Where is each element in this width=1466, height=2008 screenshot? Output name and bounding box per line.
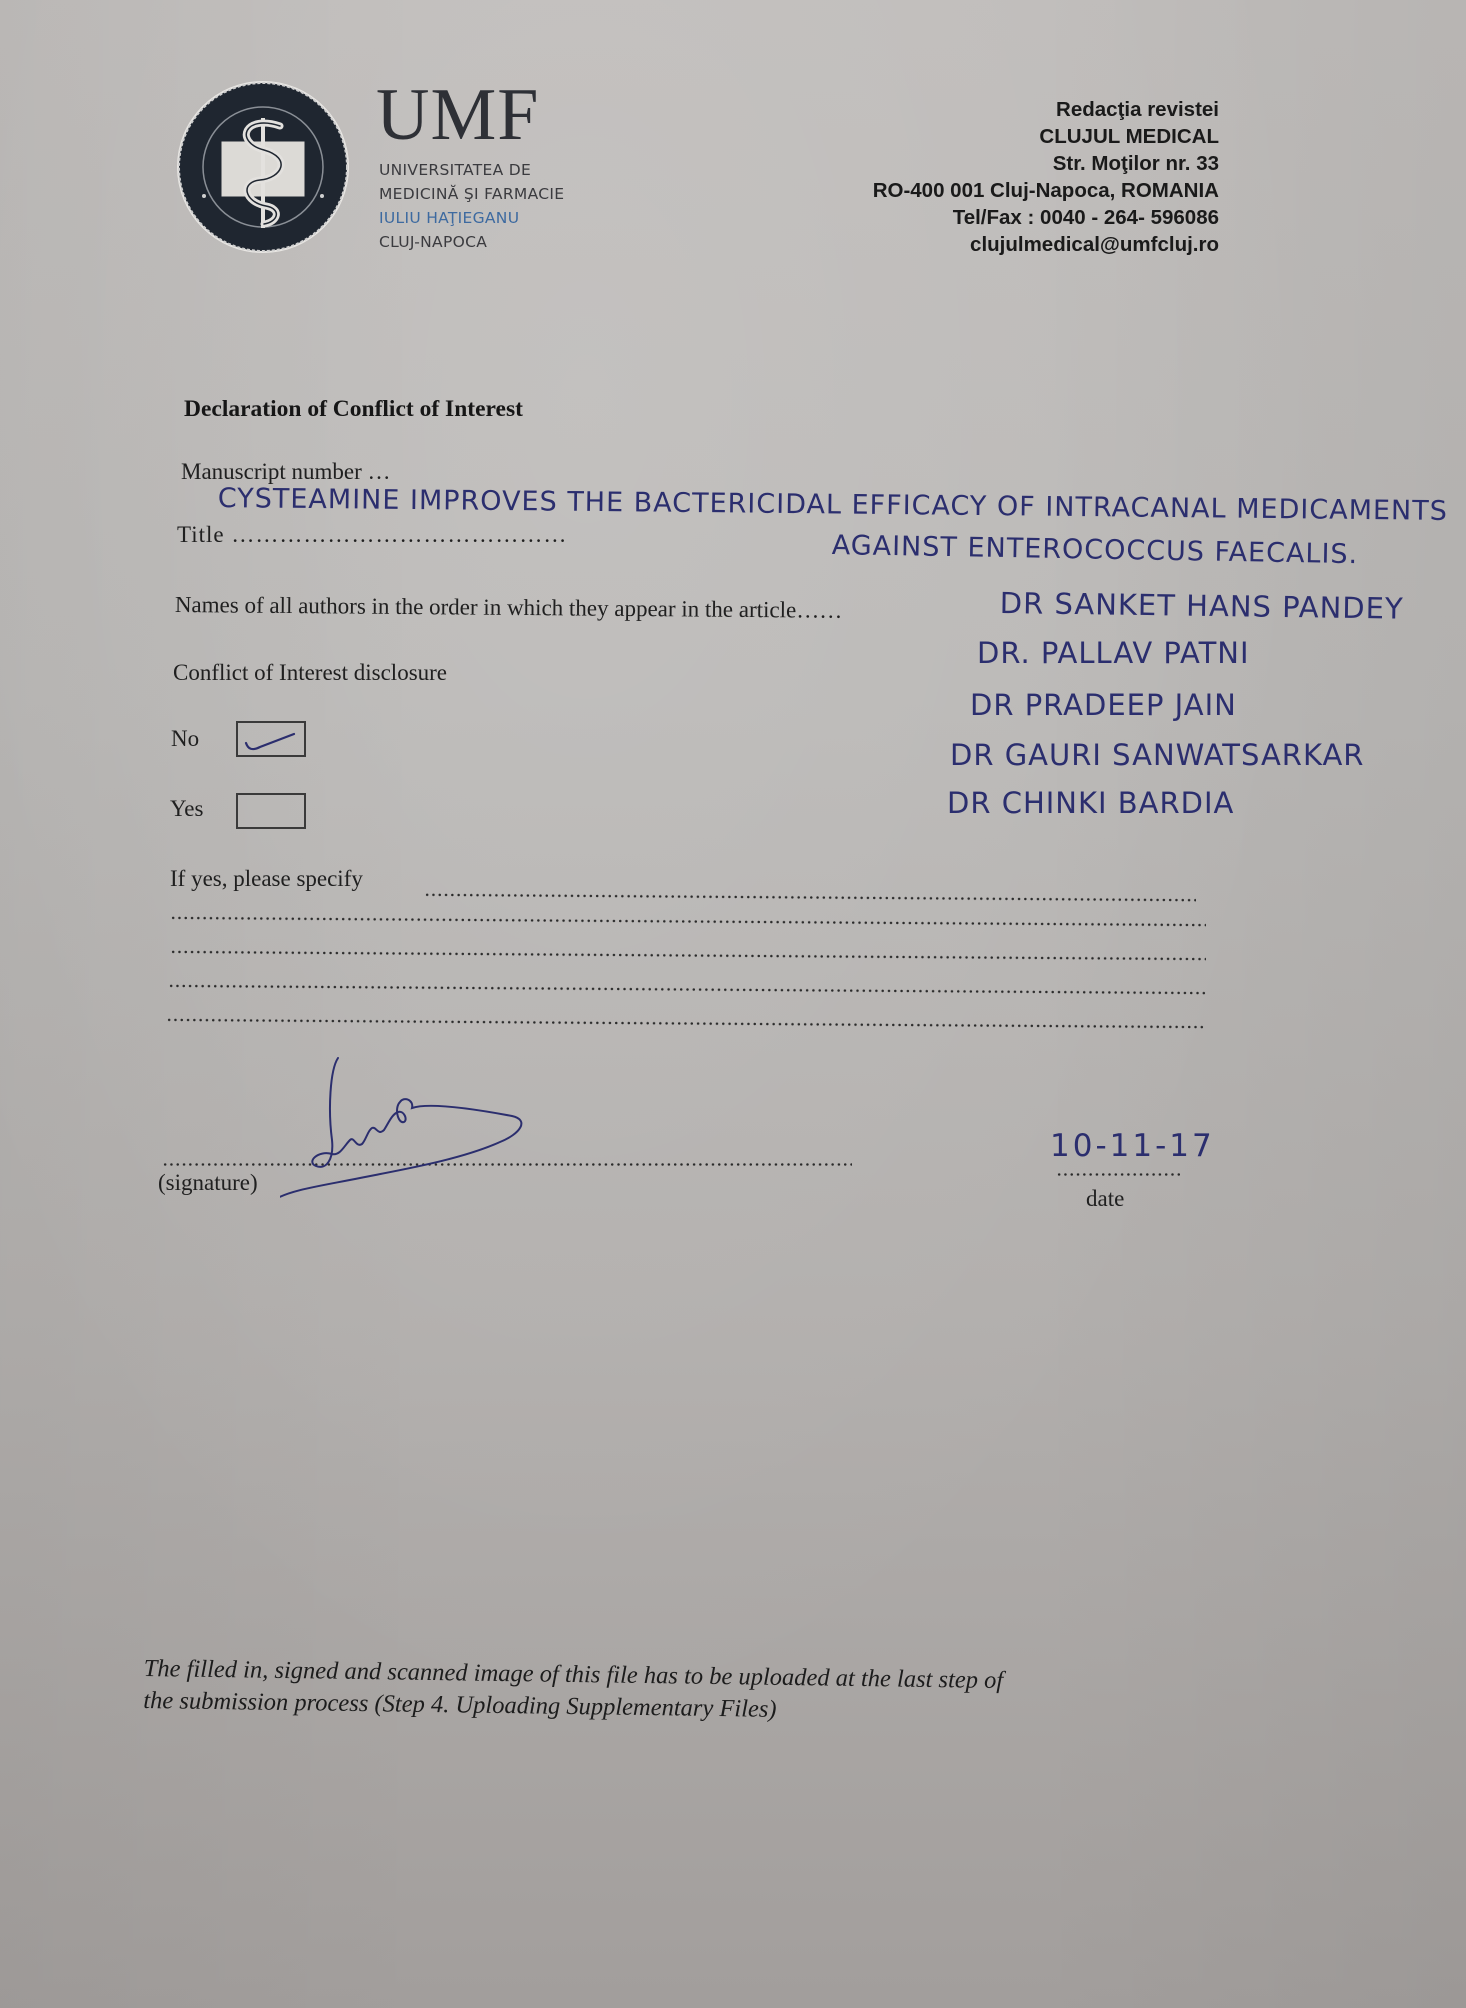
address-line: Redacţia revistei bbox=[873, 96, 1219, 123]
title-value-line-2: AGAINST ENTEROCOCCUS FAECALIS. bbox=[831, 530, 1358, 570]
submission-note: The filled in, signed and scanned image … bbox=[143, 1653, 1003, 1729]
university-line: CLUJ-NAPOCA bbox=[379, 230, 564, 254]
option-yes-label: Yes bbox=[170, 796, 203, 822]
email-link: clujulmedical@umfcluj.ro bbox=[873, 231, 1219, 258]
disclosure-label: Conflict of Interest disclosure bbox=[173, 660, 447, 686]
address-line: Str. Moţilor nr. 33 bbox=[873, 150, 1219, 177]
author-name: DR SANKET HANS PANDEY bbox=[1000, 586, 1404, 626]
university-seal-icon bbox=[174, 78, 352, 256]
university-line: MEDICINĂ ŞI FARMACIE bbox=[379, 182, 564, 206]
date-label: date bbox=[1086, 1186, 1124, 1212]
no-checkbox[interactable] bbox=[236, 721, 306, 757]
university-name: UNIVERSITATEA DE MEDICINĂ ŞI FARMACIE IU… bbox=[379, 158, 564, 254]
specify-line[interactable] bbox=[170, 916, 1206, 926]
address-line: CLUJUL MEDICAL bbox=[873, 123, 1219, 150]
university-line: IULIU HAŢIEGANU bbox=[379, 206, 564, 230]
author-name: DR CHINKI BARDIA bbox=[947, 786, 1234, 820]
title-value-line-1: CYSTEAMINE IMPROVES THE BACTERICIDAL EFF… bbox=[218, 483, 1448, 527]
specify-line[interactable] bbox=[166, 1018, 1206, 1028]
signature-label: (signature) bbox=[158, 1170, 258, 1196]
checkmark-icon bbox=[238, 723, 304, 755]
form-title: Declaration of Conflict of Interest bbox=[184, 396, 523, 423]
option-no-label: No bbox=[171, 726, 199, 752]
yes-checkbox[interactable] bbox=[236, 793, 306, 829]
address-line: RO-400 001 Cluj-Napoca, ROMANIA bbox=[873, 177, 1219, 204]
document-page: UMF UNIVERSITATEA DE MEDICINĂ ŞI FARMACI… bbox=[0, 0, 1466, 2008]
university-line: UNIVERSITATEA DE bbox=[379, 158, 564, 182]
authors-label: Names of all authors in the order in whi… bbox=[175, 592, 843, 624]
address-line: Tel/Fax : 0040 - 264- 596086 bbox=[873, 204, 1219, 231]
author-name: DR PRADEEP JAIN bbox=[970, 688, 1237, 722]
signature-scribble-icon bbox=[280, 1050, 540, 1200]
journal-address: Redacţia revistei CLUJUL MEDICAL Str. Mo… bbox=[873, 96, 1219, 258]
specify-input[interactable] bbox=[424, 893, 1196, 901]
date-field[interactable] bbox=[1056, 1173, 1180, 1176]
title-label: Title …………………………………… bbox=[177, 522, 567, 548]
specify-line[interactable] bbox=[168, 984, 1206, 994]
signature-value: Sanket bbox=[313, 1120, 322, 1121]
specify-label: If yes, please specify bbox=[170, 866, 363, 892]
author-name: DR GAURI SANWATSARKAR bbox=[950, 738, 1364, 772]
author-name: DR. PALLAV PATNI bbox=[977, 636, 1250, 670]
manuscript-number-label: Manuscript number … bbox=[181, 459, 391, 485]
date-value: 10-11-17 bbox=[1050, 1128, 1215, 1164]
specify-line[interactable] bbox=[170, 950, 1206, 960]
umf-logo-text: UMF bbox=[376, 78, 539, 152]
